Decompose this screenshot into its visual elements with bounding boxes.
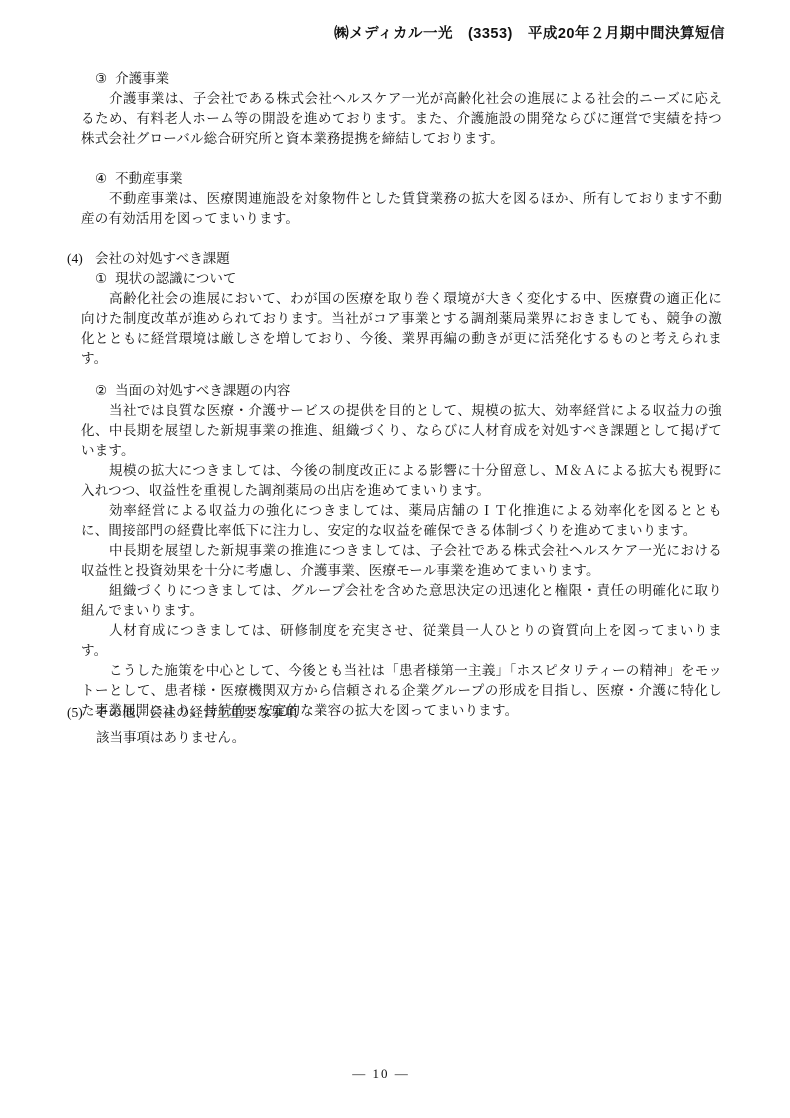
item4-sub2-number: ②: [95, 381, 107, 401]
section-care-number: ③: [95, 69, 107, 89]
item4-sub1-heading: ① 現状の認識について: [95, 269, 236, 289]
item5-number: (5): [67, 703, 95, 723]
item4-sub2-paragraph: 当社では良質な医療・介護サービスの提供を目的として、規模の拡大、効率経営による収…: [81, 401, 722, 461]
item4-sub2-paragraph: 規模の拡大につきましては、今後の制度改正による影響に十分留意し、Ｍ＆Ａによる拡大…: [81, 461, 722, 501]
item5-label: その他、会社の経営上重要な事項: [95, 703, 298, 723]
section-care-heading: ③ 介護事業: [95, 69, 169, 89]
section-realestate-number: ④: [95, 169, 107, 189]
item4-sub2-paragraph: 効率経営による収益力の強化につきましては、薬局店舗のＩＴ化推進による効率化を図る…: [81, 501, 722, 541]
section-realestate-heading: ④ 不動産事業: [95, 169, 183, 189]
report-header: ㈱メディカル一光 (3353) 平成20年２月期中間決算短信: [334, 25, 725, 43]
item4-sub1-number: ①: [95, 269, 107, 289]
item4-sub1-label: 現状の認識について: [115, 269, 236, 289]
item4-number: (4): [67, 249, 95, 269]
item4-sub1-paragraph: 高齢化社会の進展において、わが国の医療を取り巻く環境が大きく変化する中、医療費の…: [81, 289, 722, 369]
item4-sub2-paragraph: 組織づくりにつきましては、グループ会社を含めた意思決定の迅速化と権限・責任の明確…: [81, 581, 722, 621]
item5-heading: (5) その他、会社の経営上重要な事項: [67, 703, 298, 723]
document-page: ㈱メディカル一光 (3353) 平成20年２月期中間決算短信 ③ 介護事業 介護…: [0, 0, 790, 1118]
item5-body: 該当事項はありません。: [96, 728, 245, 748]
item4-heading: (4) 会社の対処すべき課題: [67, 249, 230, 269]
section-realestate-paragraph: 不動産事業は、医療関連施設を対象物件とした賃貸業務の拡大を図るほか、所有しており…: [81, 189, 722, 229]
item4-sub2-paragraphs: 当社では良質な医療・介護サービスの提供を目的として、規模の拡大、効率経営による収…: [81, 401, 722, 721]
section-realestate-label: 不動産事業: [115, 169, 183, 189]
item4-sub2-paragraph: 人材育成につきましては、研修制度を充実させ、従業員一人ひとりの資質向上を図ってま…: [81, 621, 722, 661]
item4-sub2-label: 当面の対処すべき課題の内容: [115, 381, 290, 401]
section-care-label: 介護事業: [115, 69, 169, 89]
item4-label: 会社の対処すべき課題: [95, 249, 230, 269]
section-care-paragraph: 介護事業は、子会社である株式会社ヘルスケア一光が高齢化社会の進展による社会的ニー…: [81, 89, 722, 149]
page-number: ― 10 ―: [0, 1065, 762, 1083]
item4-sub2-paragraph: 中長期を展望した新規事業の推進につきましては、子会社である株式会社ヘルスケア一光…: [81, 541, 722, 581]
item4-sub2-heading: ② 当面の対処すべき課題の内容: [95, 381, 290, 401]
